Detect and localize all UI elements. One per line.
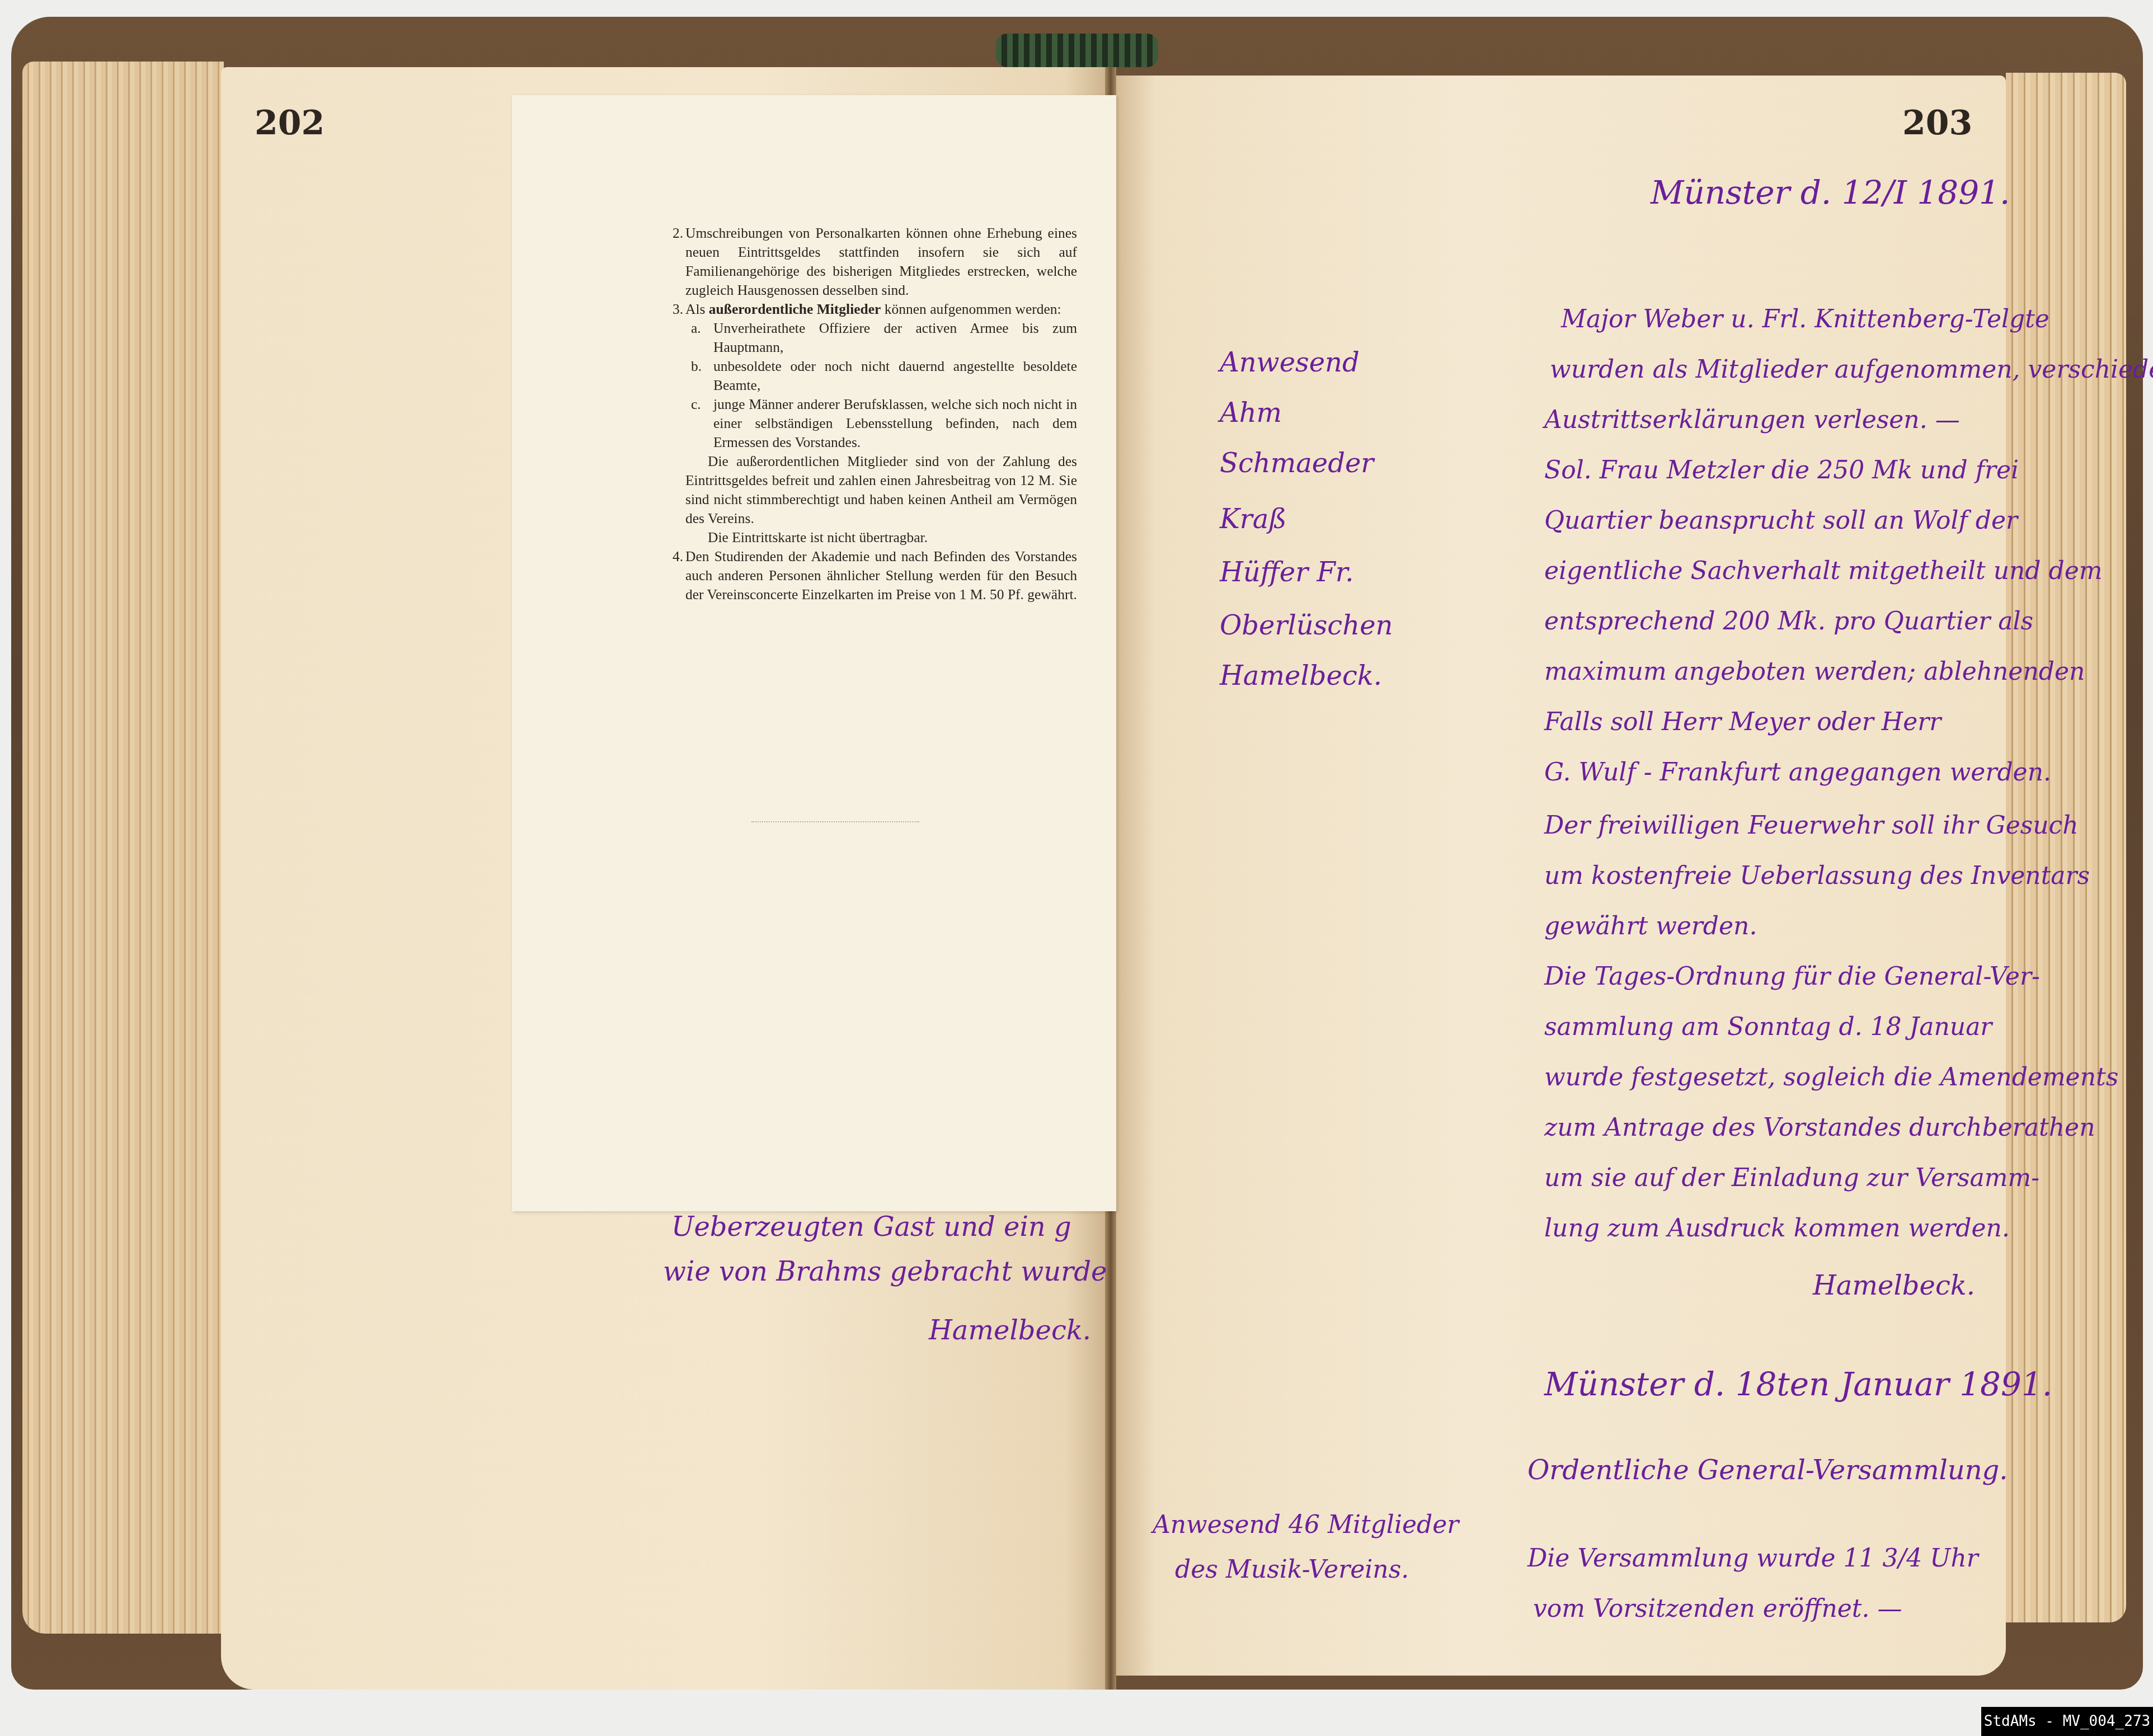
- minutes-line: Die Tages-Ordnung für die General-Ver-: [1544, 962, 2040, 991]
- left-signature: Hamelbeck.: [929, 1315, 1091, 1346]
- page-edges-left: [22, 62, 224, 1634]
- entry2-subheading: Ordentliche General-Versammlung.: [1527, 1455, 2008, 1486]
- minutes-line: wurde festgesetzt, sogleich die Amendeme…: [1544, 1063, 2118, 1092]
- entry2-attendees-note: Anwesend 46 Mitglieder: [1153, 1511, 1459, 1539]
- regulation-para-card: Die Eintrittskarte ist nicht übertragbar…: [685, 528, 1077, 547]
- minutes-line: Der freiwilligen Feuerwehr soll ihr Gesu…: [1544, 811, 2079, 840]
- left-page-number: 202: [255, 103, 325, 143]
- minutes-line: lung zum Ausdruck kommen werden.: [1544, 1214, 2010, 1243]
- minutes-line: vom Vorsitzenden eröffnet. —: [1533, 1594, 1902, 1623]
- decorative-rule: [751, 818, 919, 822]
- left-handwriting-line1: Ueberzeugten Gast und ein g: [671, 1211, 1071, 1243]
- minutes-line: gewährt werden.: [1544, 912, 1757, 940]
- left-handwriting-line2: wie von Brahms gebracht wurde: [663, 1256, 1107, 1287]
- minutes-line: Austrittserklärungen verlesen. —: [1544, 406, 1960, 434]
- right-page-number: 203: [1902, 103, 1972, 143]
- attendee: Ahm: [1220, 397, 1282, 429]
- attendee: Hamelbeck.: [1220, 660, 1382, 691]
- minutes-line: um kostenfreie Ueberlassung des Inventar…: [1544, 862, 2090, 890]
- minutes-line: Quartier beansprucht soll an Wolf der: [1544, 506, 2018, 535]
- entry2-heading: Münster d. 18ten Januar 1891.: [1544, 1365, 2052, 1403]
- minutes-line: wurden als Mitglieder aufgenommen, versc…: [1550, 355, 2153, 384]
- regulation-item-4: 4.Den Studirenden der Akademie und nach …: [685, 547, 1077, 604]
- entry2-attendees-note: des Musik-Vereins.: [1175, 1555, 1409, 1584]
- book-headband: [996, 34, 1158, 67]
- entry1-heading: Münster d. 12/I 1891.: [1651, 173, 2010, 211]
- printed-regulations: 2.Umschreibungen von Personalkarten könn…: [685, 224, 1077, 604]
- attendee: Oberlüschen: [1220, 610, 1393, 641]
- regulation-item-3c: c.junge Männer anderer Berufsklassen, we…: [685, 395, 1077, 452]
- minutes-line: Major Weber u. Frl. Knittenberg-Telgte: [1561, 305, 2049, 333]
- minutes-line: eigentliche Sachverhalt mitgetheilt und …: [1544, 557, 2102, 585]
- attendee: Hüffer Fr.: [1220, 557, 1354, 588]
- minutes-line: entsprechend 200 Mk. pro Quartier als: [1544, 607, 2033, 636]
- regulation-item-2: 2.Umschreibungen von Personalkarten könn…: [685, 224, 1077, 300]
- minutes-line: G. Wulf - Frankfurt angegangen werden.: [1544, 758, 2051, 787]
- archive-label: StdAMs - MV_004_273: [1981, 1707, 2153, 1736]
- attendee: Schmaeder: [1220, 448, 1374, 479]
- minutes-line: sammlung am Sonntag d. 18 Januar: [1544, 1013, 1992, 1041]
- entry1-signature: Hamelbeck.: [1813, 1270, 1975, 1301]
- regulation-item-3a: a.Unverheirathete Offiziere der activen …: [685, 319, 1077, 357]
- minutes-line: Falls soll Herr Meyer oder Herr: [1544, 708, 1941, 736]
- minutes-line: Sol. Frau Metzler die 250 Mk und frei: [1544, 456, 2019, 484]
- minutes-line: zum Antrage des Vorstandes durchberathen: [1544, 1113, 2095, 1142]
- regulation-item-3b: b.unbesoldete oder noch nicht dauernd an…: [685, 357, 1077, 395]
- attendees-label: Anwesend: [1220, 347, 1360, 378]
- attendee: Kraß: [1220, 504, 1286, 535]
- regulation-para-fees: Die außerordentlichen Mitglieder sind vo…: [685, 452, 1077, 528]
- minutes-line: Die Versammlung wurde 11 3/4 Uhr: [1527, 1544, 1978, 1573]
- regulation-item-3: 3.Als außerordentliche Mitglieder können…: [685, 300, 1077, 319]
- minutes-line: um sie auf der Einladung zur Versamm-: [1544, 1164, 2039, 1192]
- minutes-line: maximum angeboten werden; ablehnenden: [1544, 657, 2085, 686]
